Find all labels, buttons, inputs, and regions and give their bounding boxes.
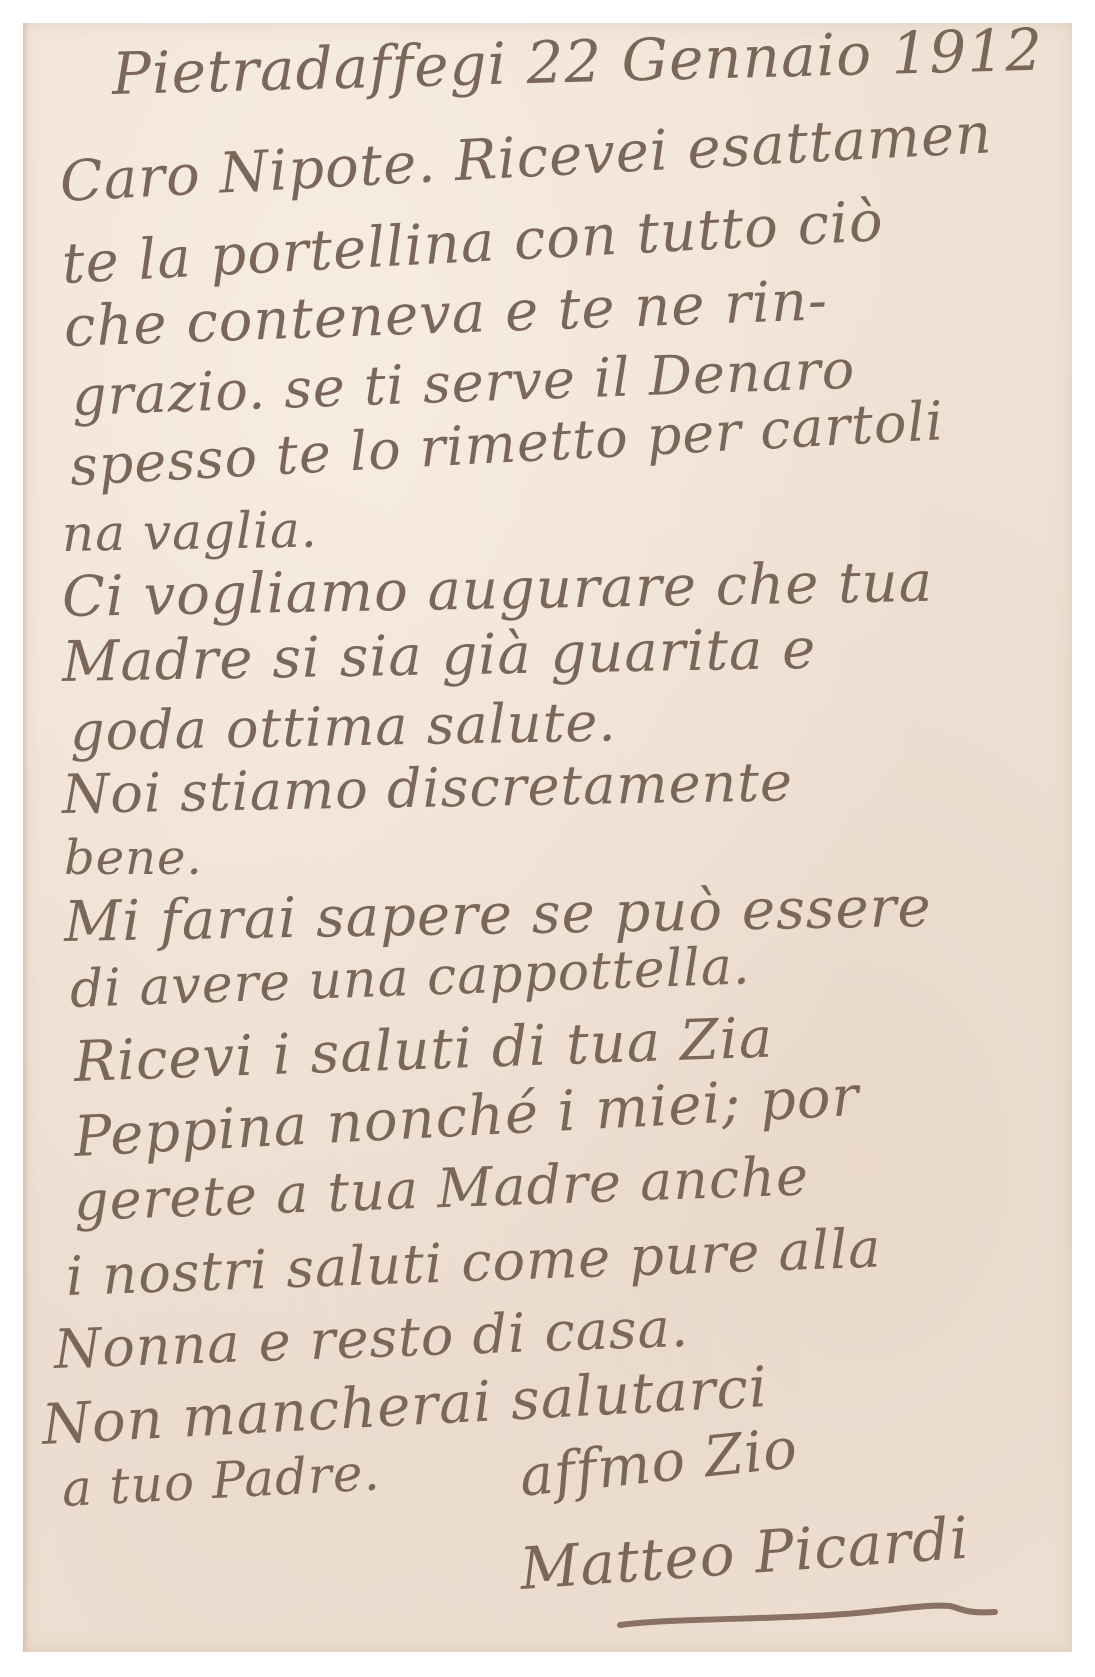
letter-line-11: bene. (64, 830, 203, 886)
letter-line-10: Noi stiamo discretamente (61, 750, 793, 826)
signature-flourish (615, 1600, 1005, 1630)
letter-line-6: na vaglia. (61, 501, 318, 563)
letter-line-8: Madre si sia già guarita e (61, 617, 816, 695)
letter-line-9: goda ottima salute. (69, 690, 617, 763)
